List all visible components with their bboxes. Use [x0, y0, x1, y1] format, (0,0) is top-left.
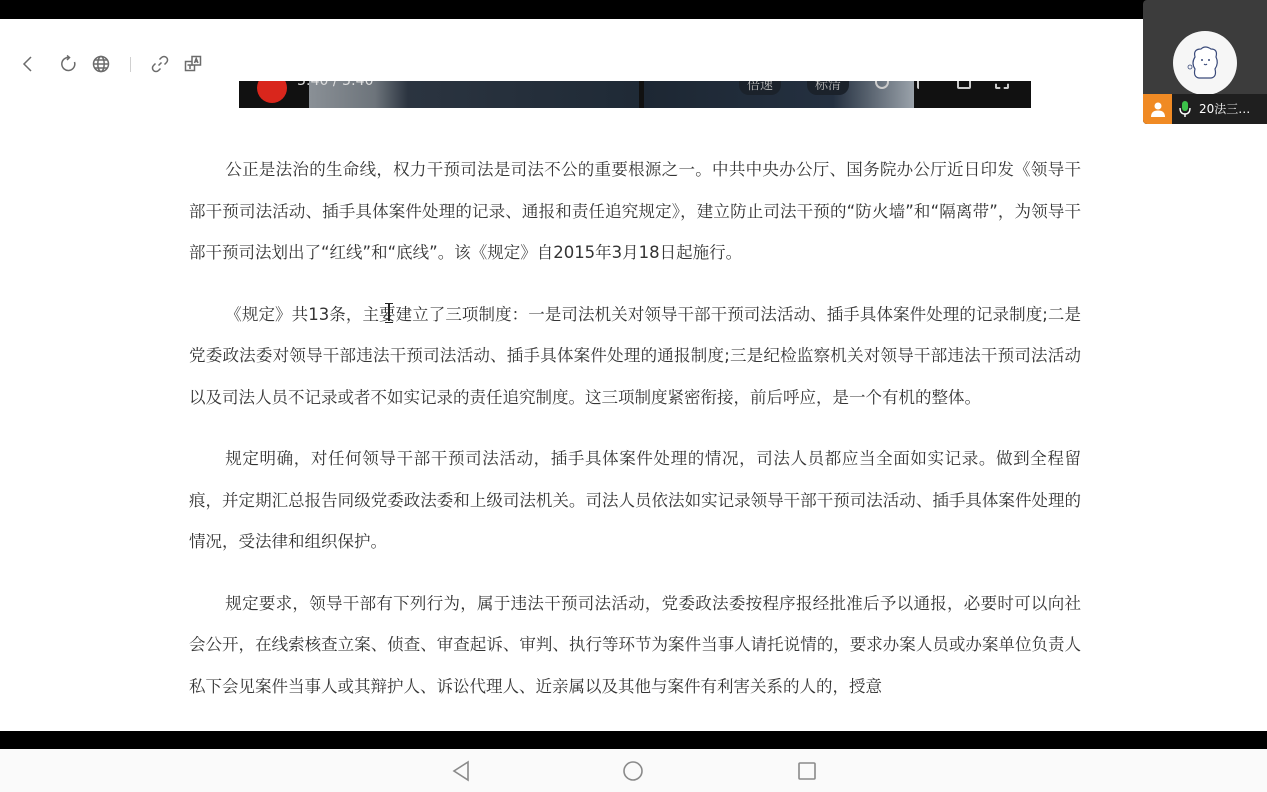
article-paragraph: 《规定》共13条，主要建立了三项制度：一是司法机关对领导干部干预司法活动、插手具… [189, 294, 1081, 419]
article-body: 公正是法治的生命线，权力干预司法是司法不公的重要根源之一。中共中央办公厅、国务院… [189, 149, 1081, 727]
participant-avatar [1173, 31, 1237, 95]
status-bar-black [0, 0, 1267, 19]
browser-toolbar [0, 49, 260, 79]
system-navigation-bar [0, 749, 1267, 792]
translate-icon[interactable] [182, 53, 204, 75]
article-paragraph: 公正是法治的生命线，权力干预司法是司法不公的重要根源之一。中共中央办公厅、国务院… [189, 149, 1081, 274]
bottom-black-bar [0, 731, 1267, 749]
speed-button[interactable]: 倍速 [739, 81, 781, 95]
quality-button[interactable]: 标清 [807, 81, 849, 95]
article-paragraph: 规定明确，对任何领导干部干预司法活动，插手具体案件处理的情况，司法人员都应当全面… [189, 438, 1081, 563]
link-icon[interactable] [149, 53, 171, 75]
globe-icon[interactable] [90, 53, 112, 75]
bear-avatar-icon [1181, 39, 1229, 87]
nav-back-button[interactable] [449, 759, 473, 783]
nav-home-button[interactable] [621, 759, 645, 783]
video-logo-icon [257, 81, 287, 103]
refresh-icon[interactable] [58, 53, 80, 75]
fullscreen-icon[interactable] [995, 81, 1009, 89]
video-call-overlay[interactable]: 20法三… [1143, 0, 1267, 124]
video-time: 3:40 / 3:40 [297, 81, 374, 89]
video-player-controls[interactable]: 3:40 / 3:40 倍速 标清 [239, 81, 1031, 108]
back-icon[interactable] [17, 53, 39, 75]
participant-name: 20法三… [1199, 100, 1250, 117]
browser-page: 3:40 / 3:40 倍速 标清 公正是法治的生命线，权力干预司法是司法不公的… [0, 19, 1267, 731]
pip-icon[interactable] [957, 81, 971, 89]
participant-bar: 20法三… [1143, 94, 1267, 124]
text-cursor-icon [385, 303, 393, 321]
microphone-icon[interactable] [1178, 100, 1192, 118]
toolbar-divider [130, 57, 131, 72]
volume-icon[interactable] [917, 81, 931, 89]
user-icon[interactable] [1143, 94, 1172, 124]
nav-recents-button[interactable] [795, 759, 819, 783]
article-paragraph: 规定要求，领导干部有下列行为，属于违法干预司法活动，党委政法委按程序报经批准后予… [189, 583, 1081, 708]
